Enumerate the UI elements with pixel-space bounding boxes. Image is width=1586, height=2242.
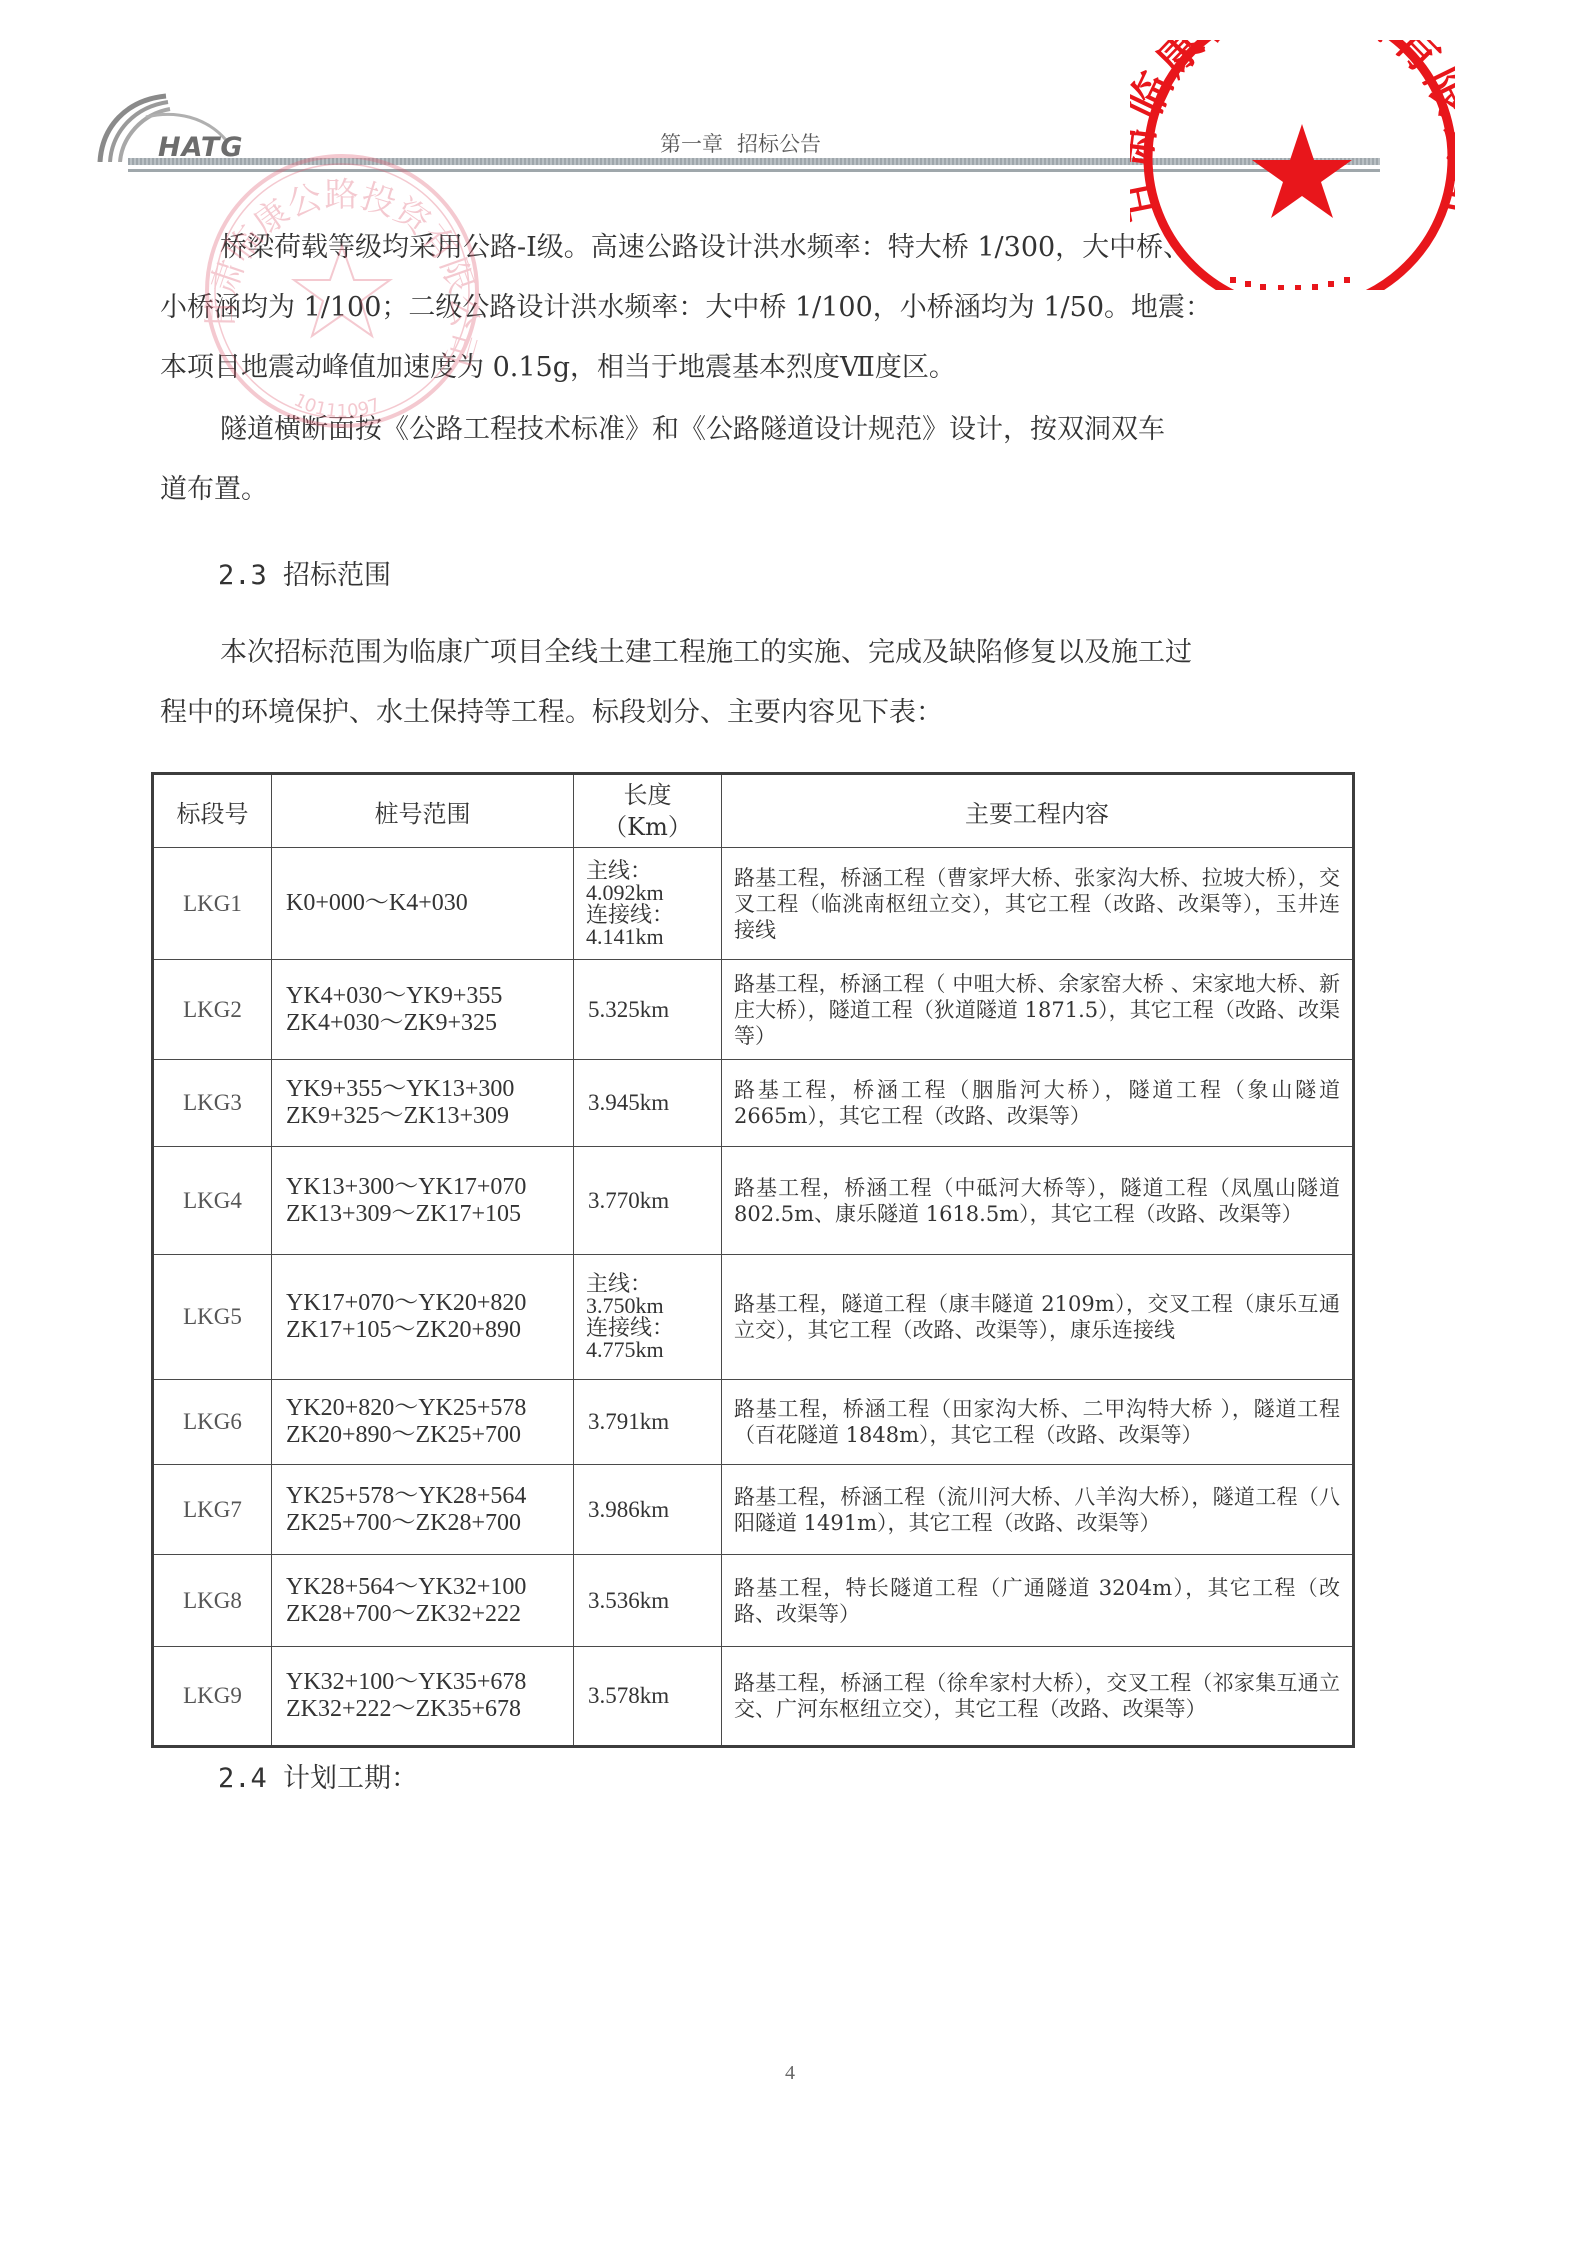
cell-stake: YK28+564～YK32+100ZK28+700～ZK32+222 — [272, 1555, 574, 1647]
table-header-row: 标段号 桩号范围 长度 （Km） 主要工程内容 — [153, 774, 1354, 848]
table-row: LKG7 YK25+578～YK28+564ZK25+700～ZK28+700 … — [153, 1465, 1354, 1555]
cell-content: 路基工程，特长隧道工程（广通隧道 3204m），其它工程（改路、改渠等） — [722, 1555, 1354, 1647]
cell-section: LKG7 — [153, 1465, 272, 1555]
table-row: LKG6 YK20+820～YK25+578ZK20+890～ZK25+700 … — [153, 1380, 1354, 1465]
cell-content: 路基工程，桥涵工程（曹家坪大桥、张家沟大桥、拉坡大桥），交叉工程（临洮南枢纽立交… — [722, 848, 1354, 960]
table-row: LKG3 YK9+355～YK13+300ZK9+325～ZK13+309 3.… — [153, 1060, 1354, 1147]
cell-length: 3.536km — [574, 1555, 722, 1647]
faint-seal-impression-icon: 甘肃临康公路投资有限公司 10111097 — [200, 146, 485, 436]
cell-section: LKG5 — [153, 1255, 272, 1380]
paragraph-tender-scope: 本次招标范围为临康广项目全线土建工程施工的实施、完成及缺陷修复以及施工过 程中的… — [160, 623, 1360, 743]
cell-stake: K0+000～K4+030 — [272, 848, 574, 960]
cell-length: 3.945km — [574, 1060, 722, 1147]
cell-section: LKG6 — [153, 1380, 272, 1465]
heading-2-4: 2.4 计划工期： — [218, 1756, 418, 1795]
cell-content: 路基工程，桥涵工程（胭脂河大桥），隧道工程（象山隧道 2665m），其它工程（改… — [722, 1060, 1354, 1147]
cell-section: LKG8 — [153, 1555, 272, 1647]
cell-stake: YK20+820～YK25+578ZK20+890～ZK25+700 — [272, 1380, 574, 1465]
cell-length: 3.770km — [574, 1147, 722, 1255]
text-line: 道布置。 — [160, 460, 1360, 520]
section-label: 招标公告 — [737, 132, 821, 156]
cell-content: 路基工程，桥涵工程（流川河大桥、八羊沟大桥），隧道工程（八阳隧道 1491m），… — [722, 1465, 1354, 1555]
cell-section: LKG2 — [153, 960, 272, 1060]
text-line: 程中的环境保护、水土保持等工程。标段划分、主要内容见下表： — [160, 683, 1360, 743]
table-row: LKG2 YK4+030～YK9+355ZK4+030～ZK9+325 5.32… — [153, 960, 1354, 1060]
header-section: 标段号 — [153, 774, 272, 848]
table-row: LKG5 YK17+070～YK20+820ZK17+105～ZK20+890 … — [153, 1255, 1354, 1380]
chapter-label: 第一章 — [660, 132, 723, 156]
cell-content: 路基工程，隧道工程（康丰隧道 2109m），交叉工程（康乐互通立交），其它工程（… — [722, 1255, 1354, 1380]
cell-length: 主线：3.750km 连接线：4.775km — [574, 1255, 722, 1380]
cell-content: 路基工程，桥涵工程（中砥河大桥等），隧道工程（凤凰山隧道 802.5m、康乐隧道… — [722, 1147, 1354, 1255]
cell-section: LKG3 — [153, 1060, 272, 1147]
cell-stake: YK13+300～YK17+070ZK13+309～ZK17+105 — [272, 1147, 574, 1255]
cell-length: 5.325km — [574, 960, 722, 1060]
table-row: LKG1 K0+000～K4+030 主线：4.092km 连接线：4.141k… — [153, 848, 1354, 960]
page-number: 4 — [785, 2062, 795, 2085]
tender-sections-table: 标段号 桩号范围 长度 （Km） 主要工程内容 LKG1 K0+000～K4+0… — [151, 772, 1355, 1748]
text-line: 本次招标范围为临康广项目全线土建工程施工的实施、完成及缺陷修复以及施工过 — [160, 623, 1360, 683]
svg-text:甘肃临康公路投资有限公司: 甘肃临康公路投资有限公司 — [201, 175, 484, 371]
cell-stake: YK32+100～YK35+678ZK32+222～ZK35+678 — [272, 1647, 574, 1747]
table-row: LKG4 YK13+300～YK17+070ZK13+309～ZK17+105 … — [153, 1147, 1354, 1255]
cell-stake: YK9+355～YK13+300ZK9+325～ZK13+309 — [272, 1060, 574, 1147]
cell-content: 路基工程，桥涵工程（ 中咀大桥、余家窑大桥 、宋家地大桥、新庄大桥），隧道工程（… — [722, 960, 1354, 1060]
cell-stake: YK25+578～YK28+564ZK25+700～ZK28+700 — [272, 1465, 574, 1555]
cell-content: 路基工程，桥涵工程（田家沟大桥、二甲沟特大桥 ），隧道工程（百花隧道 1848m… — [722, 1380, 1354, 1465]
cell-length: 3.986km — [574, 1465, 722, 1555]
cell-section: LKG9 — [153, 1647, 272, 1747]
svg-text:10111097: 10111097 — [291, 390, 384, 422]
running-header: 第一章招标公告 — [660, 128, 835, 158]
cell-length: 3.791km — [574, 1380, 722, 1465]
table-row: LKG9 YK32+100～YK35+678ZK32+222～ZK35+678 … — [153, 1647, 1354, 1747]
cell-length: 3.578km — [574, 1647, 722, 1747]
cell-content: 路基工程，桥涵工程（徐牟家村大桥），交叉工程（祁家集互通立交、广河东枢纽立交），… — [722, 1647, 1354, 1747]
company-seal-icon: 甘肃临康公路投资有限公司 — [1130, 40, 1455, 290]
cell-length: 主线：4.092km 连接线：4.141km — [574, 848, 722, 960]
header-content: 主要工程内容 — [722, 774, 1354, 848]
header-length: 长度 （Km） — [574, 774, 722, 848]
heading-2-3: 2.3 招标范围 — [218, 553, 391, 592]
cell-section: LKG1 — [153, 848, 272, 960]
cell-stake: YK4+030～YK9+355ZK4+030～ZK9+325 — [272, 960, 574, 1060]
table-row: LKG8 YK28+564～YK32+100ZK28+700～ZK32+222 … — [153, 1555, 1354, 1647]
cell-section: LKG4 — [153, 1147, 272, 1255]
cell-stake: YK17+070～YK20+820ZK17+105～ZK20+890 — [272, 1255, 574, 1380]
header-stake-range: 桩号范围 — [272, 774, 574, 848]
